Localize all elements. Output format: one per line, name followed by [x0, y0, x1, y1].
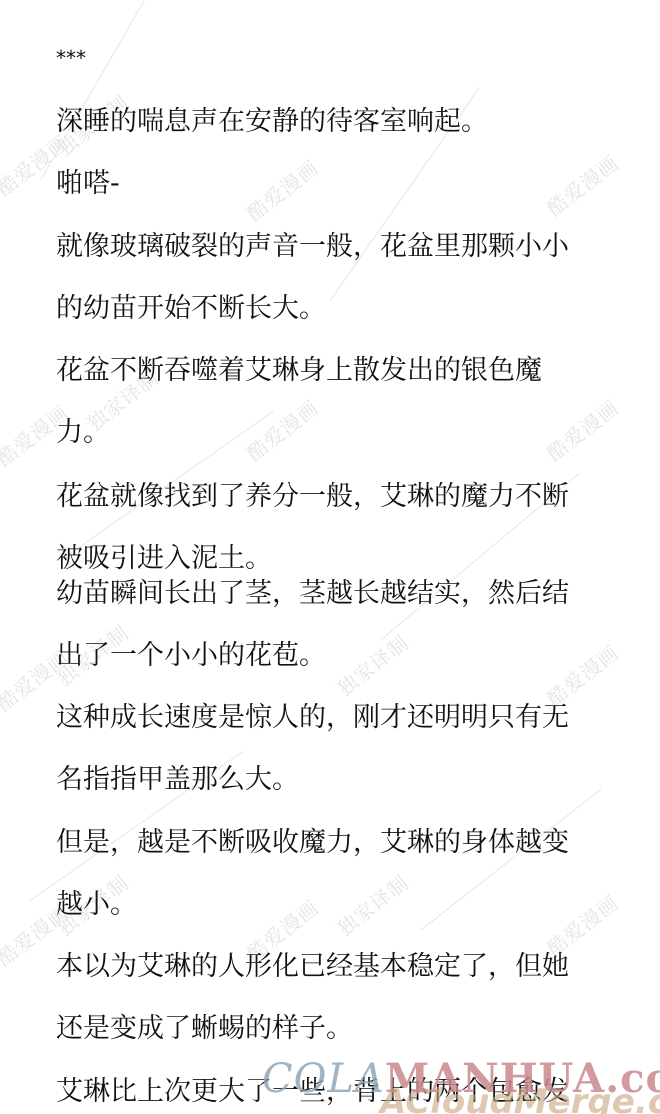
text-line: 被吸引进入泥土。 [56, 543, 272, 575]
text-line: 花盆不断吞噬着艾琳身上散发出的银色魔 [56, 355, 542, 387]
watermark-text: 酷爱漫画 [240, 392, 324, 467]
watermark-text: 酷爱漫画 [540, 147, 624, 222]
text-line: 这种成长速度是惊人的，刚才还明明只有无 [56, 702, 569, 734]
text-line: 深睡的喘息声在安静的待客室响起。 [56, 106, 488, 138]
text-line: 越小。 [56, 889, 137, 921]
watermark-text: 酷爱漫画 [240, 152, 324, 227]
watermark-line [40, 0, 161, 181]
brand-watermark: COLAMANHUA.com [262, 1055, 660, 1102]
text-line: 名指指甲盖那么大。 [56, 764, 299, 796]
brand-watermark-cola: COLA [262, 1056, 385, 1102]
text-line: 啪嗒- [56, 168, 120, 200]
text-line: 花盆就像找到了养分一般，艾琳的魔力不断 [56, 481, 569, 513]
watermark-text: 独家译制 [330, 627, 414, 702]
text-line: 就像玻璃破裂的声音一般，花盆里那颗小小 [56, 231, 569, 263]
text-line: 还是变成了蜥蜴的样子。 [56, 1013, 353, 1045]
watermark-text: 酷爱漫画 [540, 637, 624, 712]
text-line: 力。 [56, 417, 110, 449]
text-line: 的幼苗开始不断长大。 [56, 293, 326, 325]
watermark-text: 独家译制 [330, 867, 414, 942]
text-line: 出了一个小小的花苞。 [56, 640, 326, 672]
text-line: 幼苗瞬间长出了茎，茎越长越结实，然后结 [56, 578, 569, 610]
text-line: 本以为艾琳的人形化已经基本稳定了，但她 [56, 951, 569, 983]
brand-watermark-manhua: MANHUA.com [385, 1055, 660, 1102]
watermark-text: 酷爱漫画 [540, 392, 624, 467]
watermark-line [420, 788, 602, 930]
section-separator: *** [56, 42, 86, 74]
text-line: 但是，越是不断吸收魔力，艾琳的身体越变 [56, 827, 569, 859]
